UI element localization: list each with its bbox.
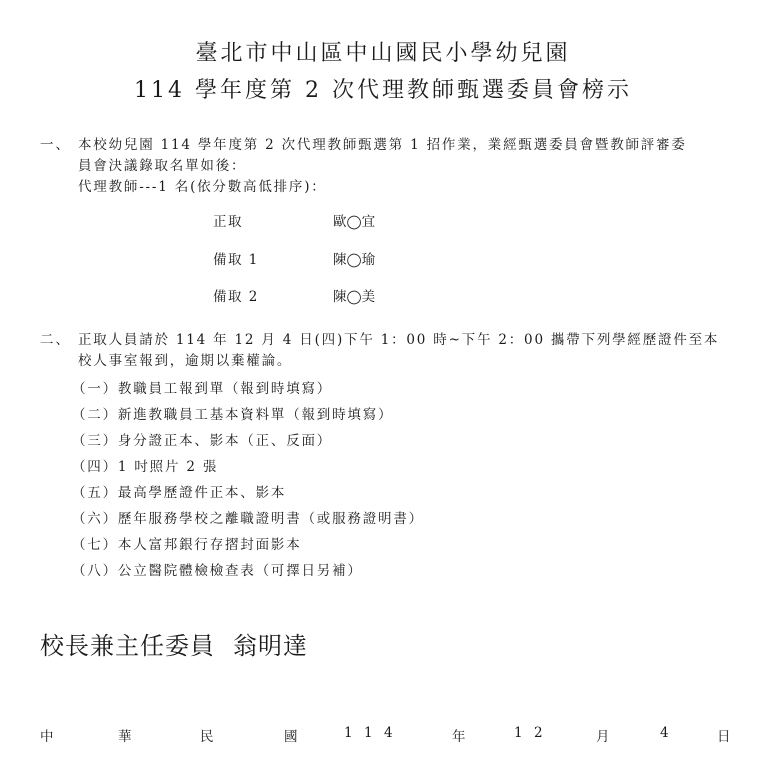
- document-title-announcement: 114 學年度第 2 次代理教師甄選委員會榜示: [0, 80, 766, 102]
- date-char: 年: [452, 725, 466, 745]
- requirement-item: （二）新進教職員工基本資料單（報到時填寫）: [72, 403, 393, 423]
- date-char: 國: [284, 725, 298, 745]
- requirement-item: （四）1 吋照片 2 張: [72, 455, 218, 475]
- requirement-item: （五）最高學歷證件正本、影本: [72, 481, 286, 501]
- section-1-line-1: 本校幼兒園 114 學年度第 2 次代理教師甄選第 1 招作業，業經甄選委員會暨…: [78, 139, 687, 153]
- signature-name: 翁明達: [233, 632, 308, 660]
- requirement-item: （六）歷年服務學校之離職證明書（或服務證明書）: [72, 507, 424, 527]
- roster-name: 歐◯宜: [333, 210, 375, 230]
- date-char: 日: [717, 725, 731, 745]
- signature-block: 校長兼主任委員翁明達: [40, 626, 308, 661]
- section-2-number: 二、: [40, 334, 71, 348]
- signature-title: 校長兼主任委員: [40, 632, 215, 660]
- section-1-number: 一、: [40, 139, 71, 153]
- roster-name: 陳◯瑜: [333, 248, 375, 268]
- section-1-line-3: 代理教師---1 名(依分數高低排序)：: [78, 181, 327, 195]
- roster-label: 備取 2: [213, 285, 259, 305]
- roster-label: 備取 1: [213, 248, 259, 268]
- date-char: 1: [344, 725, 353, 741]
- date-char: 1: [364, 725, 373, 741]
- document-title-school: 臺北市中山區中山國民小學幼兒園: [0, 43, 766, 65]
- requirement-item: （八）公立醫院體檢檢查表（可擇日另補）: [72, 559, 363, 579]
- date-char: 月: [596, 725, 610, 745]
- date-char: 民: [200, 725, 214, 745]
- date-char: 1: [514, 725, 523, 741]
- date-line: 中 華 民 國 1 1 4 年 1 2 月 4 日: [40, 725, 730, 743]
- date-char: 中: [40, 725, 54, 745]
- requirement-item: （七）本人富邦銀行存摺封面影本: [72, 533, 302, 553]
- section-2-line-2: 校人事室報到，逾期以棄權論。: [78, 355, 292, 369]
- roster-name: 陳◯美: [333, 285, 375, 305]
- date-char: 4: [660, 725, 669, 741]
- requirement-item: （一）教職員工報到單（報到時填寫）: [72, 377, 332, 397]
- date-char: 2: [534, 725, 543, 741]
- section-2-line-1: 正取人員請於 114 年 12 月 4 日(四)下午 1：00 時~下午 2：0…: [78, 334, 719, 348]
- section-1-line-2: 員會決議錄取名單如後：: [78, 160, 246, 174]
- requirement-item: （三）身分證正本、影本（正、反面）: [72, 429, 332, 449]
- date-char: 4: [384, 725, 393, 741]
- date-char: 華: [118, 725, 132, 745]
- roster-label: 正取: [213, 210, 243, 230]
